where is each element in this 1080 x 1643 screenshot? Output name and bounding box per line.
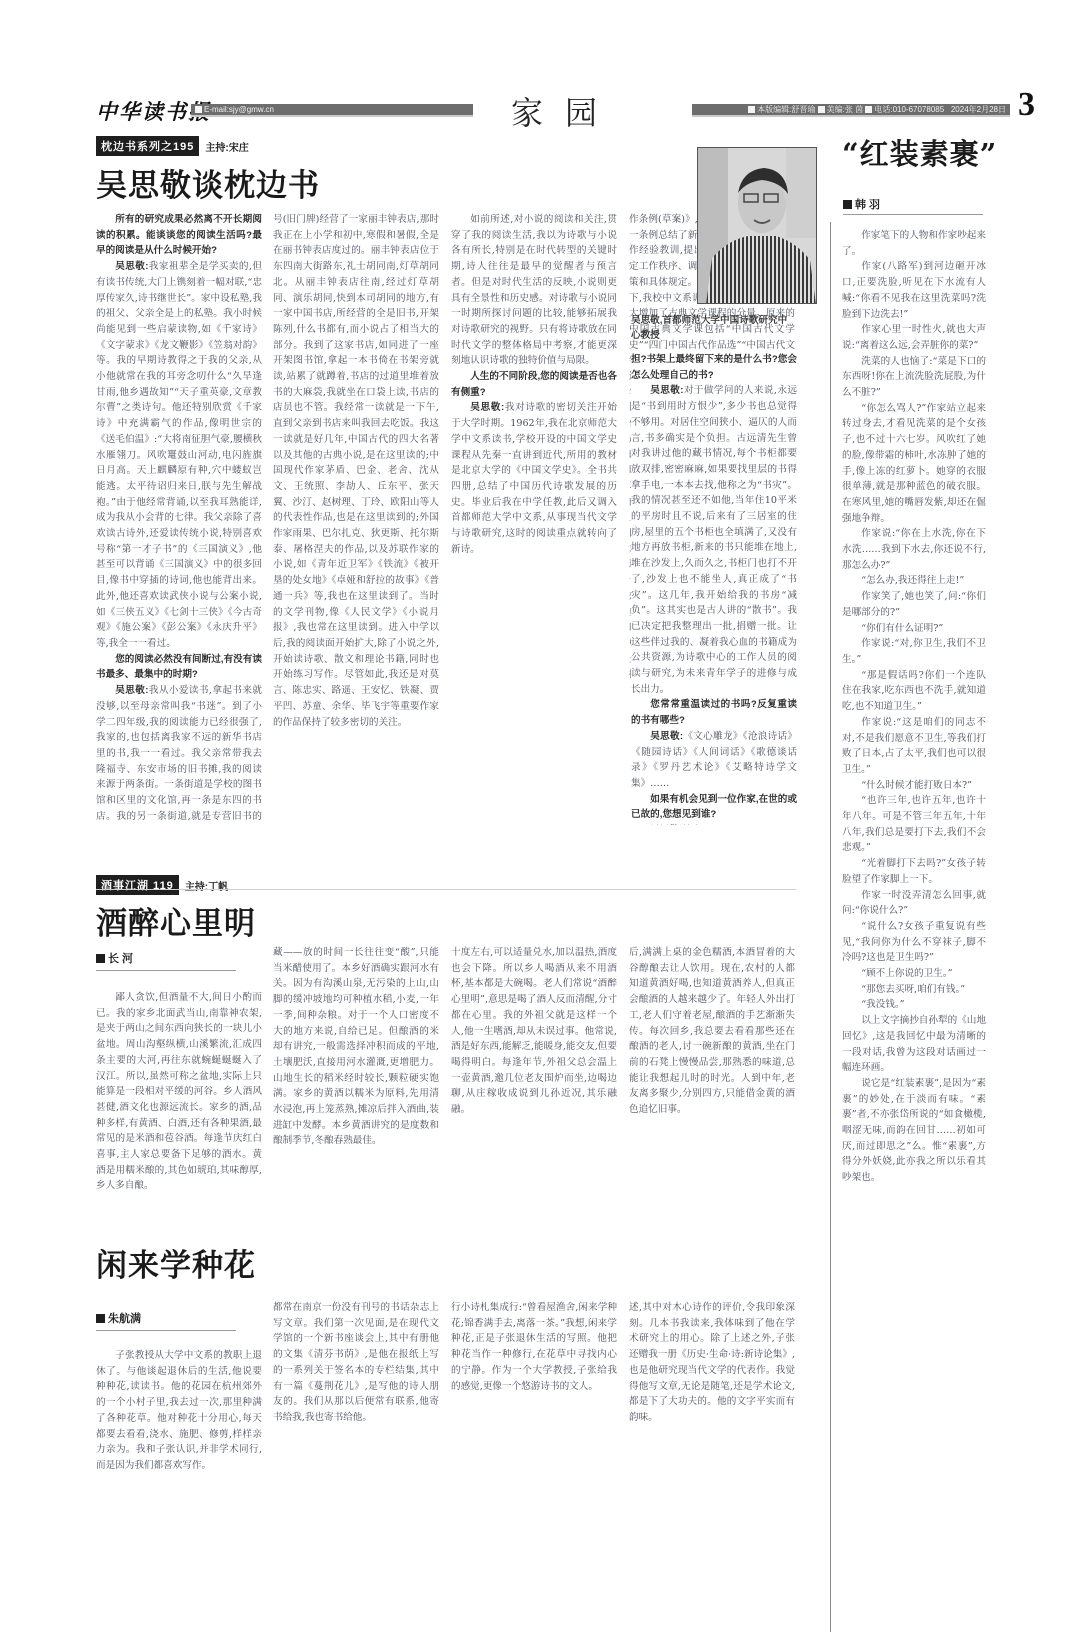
interview-answer: 吴思敬:对于做学问的人来说,永远是“书到用时方恨少”,多少书也总觉得不够用。对居… xyxy=(631,383,797,697)
body-paragraph: 作家说:“这是咱们的同志不对,不是我们愿意不卫生,等我们打败了日本,占了太平,我… xyxy=(842,715,986,778)
square-bullet-icon xyxy=(195,106,202,113)
body-paragraph: “光着脚打下去吗?”女孩子转脸望了作家脚上一下。 xyxy=(842,856,986,887)
body-paragraph: 洗菜的人也恼了:“菜是下口的东西呀!你在上流洗脸洗屁股,为什么不脏?” xyxy=(842,354,986,401)
body-paragraph: 作家说:“你在上水洗,你在下水洗……我到下水去,你还说不行,那怎么办?” xyxy=(842,526,986,573)
body-paragraph: “你们有什么证明?” xyxy=(842,621,986,637)
byline: 朱航满 xyxy=(96,1310,141,1326)
interview-answer: 吴思敬:我从小爱读书,拿起书来就没够,以至母亲常叫我“书迷”。到了小学二四年级,… xyxy=(96,683,262,824)
column-tag-row: 酒事江湖 119 主持:丁帆 xyxy=(96,875,228,895)
body-paragraph: 说它是“红装素裹”,是因为“素裹”的妙处,在于淡而有味。“素裹”者,不亦张岱所说… xyxy=(842,1076,986,1186)
body-paragraph: 后,满满上桌的金色糯酒,本酒冒着的大谷醇酿去让人饮用。现在,农村的人都知道黄酒好… xyxy=(629,945,795,1118)
article-column: 述,其中对木心诗作的评价,令我印象深刻。几本书我读来,我体味到了他在学术研究上的… xyxy=(629,1300,795,1620)
body-paragraph: “也许三年,也许五年,也许十年八年。可是不管三年五年,十年八年,我们总是要打下去… xyxy=(842,793,986,856)
portrait-image-icon xyxy=(698,148,817,304)
interview-answer: 吴思敬:我家祖辈全是学买卖的,但有读书传统,大门上镌刻着一幅对联,“忠厚传家久,… xyxy=(96,259,262,652)
author-portrait-photo xyxy=(697,147,817,304)
article-column: 子张教授从大学中文系的教职上退休了。与他谈起退休后的生活,他说要种种花,读读书。… xyxy=(96,1348,262,1620)
body-paragraph: “怎么办,我还得往上走!” xyxy=(842,573,986,589)
interview-question: 您常常重温读过的书吗?反复重读的书有哪些? xyxy=(631,697,797,728)
body-paragraph: 作家笑了,她也笑了,问:“你们是哪部分的?” xyxy=(842,589,986,620)
article-column: 鄙人贪饮,但酒量不大,间日小酌而已。我的家乡北面武当山,南靠神农架,是夹于两山之… xyxy=(96,990,262,1205)
square-bullet-icon xyxy=(96,954,105,963)
body-paragraph: 作家一时没弄清怎么回事,就问:“你说什么?” xyxy=(842,888,986,919)
issue-date: 2024年2月28日 xyxy=(951,105,1006,114)
interview-question: 您的阅读必然没有间断过,有没有读书最多、最集中的时期? xyxy=(96,652,262,683)
body-paragraph: “那是假话吗?你们一个连队住在我家,吃东西也不洗手,就知道吃,也不知道卫生。” xyxy=(842,668,986,715)
body-paragraph: 号(旧门牌)经营了一家丽丰钟表店,那时我正在上小学和初中,寒假和暑假,全是在丽书… xyxy=(273,212,439,730)
body-paragraph: 作家笔下的人物和作家吵起来了。 xyxy=(842,228,986,259)
body-paragraph: 如前所述,对小说的阅读和关注,贯穿了我的阅读生活,我以为诗歌与小说各有所长,特别… xyxy=(451,212,617,369)
page-number: 3 xyxy=(1018,86,1035,124)
byline-rule xyxy=(96,970,236,971)
art-editor: 美编:张 茵 xyxy=(827,105,863,114)
body-paragraph: “那您去买呀,咱们有钱。” xyxy=(842,982,986,998)
interview-question: 人生的不同阶段,您的阅读是否也各有侧重? xyxy=(451,369,617,400)
article-headline: “红装素裹” xyxy=(842,132,997,173)
email-text[interactable]: E-mail:sjy@gmw.cn xyxy=(204,105,274,114)
body-paragraph: “说什么?女孩子重复说有些见,“我问你为什么不穿袜子,脚不冷吗?这也是卫生吗?” xyxy=(842,919,986,966)
article-headline: 酒醉心里明 xyxy=(96,898,256,943)
byline: 长 河 xyxy=(96,950,133,966)
body-paragraph: 以上文字摘抄自孙犁的《山地回忆》,这是我回忆中最为清晰的一段对话,我曾为这段对话… xyxy=(842,1013,986,1076)
masthead: 中华读书报 E-mail:sjy@gmw.cn 家园 本版编辑:舒晋瑜 美编:张… xyxy=(96,96,1046,130)
body-paragraph: 作家说:“对,你卫生,我们不卫生。” xyxy=(842,636,986,667)
interview-question: 如果有机会见到一位作家,在世的或已故的,您想见到谁? xyxy=(631,792,797,823)
editor-name: 本版编辑:舒晋瑜 xyxy=(757,105,815,114)
article-headline: 闲来学种花 xyxy=(96,1240,256,1285)
body-paragraph: 子张教授从大学中文系的教职上退休了。与他谈起退休后的生活,他说要种种花,读读书。… xyxy=(96,1348,262,1474)
article-column: 藏——放的时间一长往往变“酸”,只能当米醋使用了。本乡好酒确实跟河水有关。因为有… xyxy=(273,945,439,1205)
article-column: 号(旧门牌)经营了一家丽丰钟表店,那时我正在上小学和初中,寒假和暑假,全是在丽书… xyxy=(273,212,439,824)
photo-caption: 吴思敬,首都师范大学中国诗歌研究中心教授 xyxy=(631,313,791,343)
body-paragraph: 鄙人贪饮,但酒量不大,间日小酌而已。我的家乡北面武当山,南靠神农架,是夹于两山之… xyxy=(96,990,262,1194)
article-column: 后,满满上桌的金色糯酒,本酒冒着的大谷醇酿去让人饮用。现在,农村的人都知道黄酒好… xyxy=(629,945,795,1205)
square-bullet-icon xyxy=(843,200,852,209)
body-paragraph: “我没钱。” xyxy=(842,997,986,1013)
body-paragraph: “你怎么骂人?”作家站立起来转过身去,才看见洗菜的是个女孩子,也不过十六七岁。风… xyxy=(842,401,986,527)
article-column: 作家笔下的人物和作家吵起来了。 作家(八路军)到河边砸开冰口,正要洗脸,听见在下… xyxy=(842,228,986,1528)
body-paragraph: “顾不上你说的卫生。” xyxy=(842,966,986,982)
byline-rule xyxy=(843,214,983,215)
article-column: 所有的研究成果必然离不开长期阅读的积累。能谈谈您的阅读生活吗?最早的阅读是从什么… xyxy=(96,212,262,824)
column-host: 主持:宋庄 xyxy=(205,139,248,154)
article-column: 行小诗札集成行:“曾看屋渔舍,闲来学种花;锦香满手去,离落一茶。”我想,闲来学种… xyxy=(451,1300,617,1620)
body-paragraph: 藏——放的时间一长往往变“酸”,只能当米醋使用了。本乡好酒确实跟河水有关。因为有… xyxy=(273,945,439,1149)
section-title: 家园 xyxy=(511,88,619,134)
interview-question: 所有的研究成果必然离不开长期阅读的积累。能谈谈您的阅读生活吗?最早的阅读是从什么… xyxy=(96,212,262,259)
body-paragraph: 作家心里一时性火,就也大声说:“离着这么远,会弄脏你的菜?” xyxy=(842,322,986,353)
phone: 电话:010-67078085 xyxy=(874,105,944,114)
column-host: 主持:丁帆 xyxy=(185,878,228,893)
body-paragraph: 十度左右,可以适量兑水,加以温热,酒度也会下降。所以乡人喝酒从来不用酒杯,基本都… xyxy=(451,945,617,1118)
divider xyxy=(96,889,796,890)
article-headline: 吴思敬谈枕边书 xyxy=(96,160,320,205)
body-paragraph: 述,其中对木心诗作的评价,令我印象深刻。几本书我读来,我体味到了他在学术研究上的… xyxy=(629,1300,795,1426)
interview-answer: 吴思敬:我对诗歌的密切关注开始于大学时期。1962年,我在北京师范大学中文系读书… xyxy=(451,400,617,557)
article-column: 都常在南京一份没有刊号的书话杂志上写文章。我们第一次见面,是在现代文学馆的一个新… xyxy=(273,1300,439,1620)
article-column: 十度左右,可以适量兑水,加以温热,酒度也会下降。所以乡人喝酒从来不用酒杯,基本都… xyxy=(451,945,617,1205)
square-bullet-icon xyxy=(96,1314,105,1323)
column-tag: 枕边书系列之195 xyxy=(96,136,199,156)
square-bullet-icon xyxy=(865,106,872,113)
article-column: 如前所述,对小说的阅读和关注,贯穿了我的阅读生活,我以为诗歌与小说各有所长,特别… xyxy=(451,212,617,824)
interview-question: 担?书架上最终留下来的是什么书?您会怎么处理自己的书? xyxy=(631,352,797,383)
column-tag-row: 枕边书系列之195 主持:宋庄 xyxy=(96,136,249,156)
body-paragraph: 行小诗札集成行:“曾看屋渔舍,闲来学种花;锦香满手去,离落一茶。”我想,闲来学种… xyxy=(451,1300,617,1394)
body-paragraph: 都常在南京一份没有刊号的书话杂志上写文章。我们第一次见面,是在现代文学馆的一个新… xyxy=(273,1300,439,1426)
byline: 韩 羽 xyxy=(843,196,880,212)
interview-answer: 吴思敬:杜甫。 xyxy=(631,823,797,825)
square-bullet-icon xyxy=(748,106,755,113)
interview-answer: 吴思敬:《文心雕龙》《沧浪诗话》《随园诗话》《人间词话》《歌德谈话录》《罗丹艺术… xyxy=(631,729,797,792)
body-paragraph: 作家(八路军)到河边砸开冰口,正要洗脸,听见在下水流有人喊:“你看不见我在这里洗… xyxy=(842,259,986,322)
body-paragraph: “什么时候才能打败日本?” xyxy=(842,778,986,794)
byline-rule xyxy=(96,1330,236,1331)
column-divider xyxy=(830,222,831,1632)
square-bullet-icon xyxy=(818,106,825,113)
column-tag: 酒事江湖 119 xyxy=(96,875,179,895)
article-column-qa: 担?书架上最终留下来的是什么书?您会怎么处理自己的书? 吴思敬:对于做学问的人来… xyxy=(631,352,797,825)
email-bar: E-mail:sjy@gmw.cn xyxy=(191,104,473,117)
editor-info-bar: 本版编辑:舒晋瑜 美编:张 茵 电话:010-67078085 2024年2月2… xyxy=(692,104,1010,117)
